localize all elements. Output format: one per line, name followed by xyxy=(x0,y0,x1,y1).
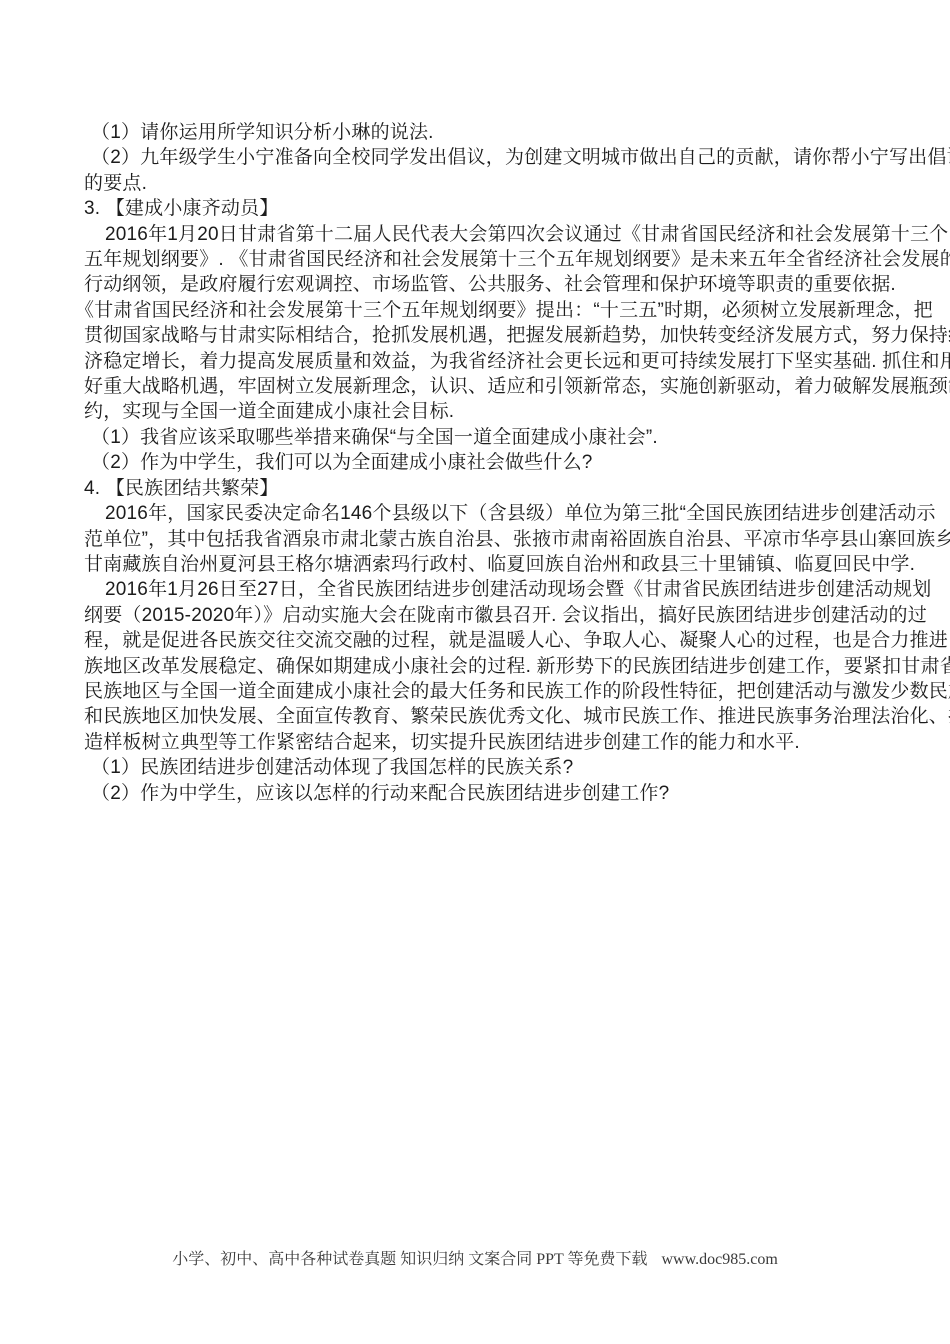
text-line: 造样板树立典型等工作紧密结合起来，切实提升民族团结进步创建工作的能力和水平. xyxy=(84,730,896,755)
text-line: 程，就是促进各民族交往交流交融的过程，就是温暖人心、争取人心、凝聚人心的过程，也… xyxy=(84,628,896,653)
text-line: 和民族地区加快发展、全面宣传教育、繁荣民族优秀文化、城市民族工作、推进民族事务治… xyxy=(84,704,896,729)
text-line: 范单位”，其中包括我省酒泉市肃北蒙古族自治县、张掖市肃南裕固族自治县、平凉市华亭… xyxy=(84,527,896,552)
document-text: （1）请你运用所学知识分析小琳的说法.（2）九年级学生小宁准备向全校同学发出倡议… xyxy=(84,120,896,806)
text-line: 济稳定增长，着力提高发展质量和效益，为我省经济社会更长远和更可持续发展打下坚实基… xyxy=(84,349,896,374)
footer-url[interactable]: www.doc985.com xyxy=(662,1251,778,1268)
text-line: （1）请你运用所学知识分析小琳的说法. xyxy=(84,120,896,145)
text-line: （1）民族团结进步创建活动体现了我国怎样的民族关系? xyxy=(84,755,896,780)
text-line: 3. 【建成小康齐动员】 xyxy=(84,196,896,221)
text-line: 《甘肃省国民经济和社会发展第十三个五年规划纲要》提出：“十三五”时期，必须树立发… xyxy=(75,298,896,323)
footer-text: 小学、初中、高中各种试卷真题 知识归纳 文案合同 PPT 等免费下载 xyxy=(172,1251,647,1268)
text-line: （1）我省应该采取哪些举措来确保“与全国一道全面建成小康社会”. xyxy=(84,425,896,450)
text-line: （2）九年级学生小宁准备向全校同学发出倡议，为创建文明城市做出自己的贡献，请你帮… xyxy=(84,145,896,170)
text-line: 的要点. xyxy=(84,171,896,196)
document-page: （1）请你运用所学知识分析小琳的说法.（2）九年级学生小宁准备向全校同学发出倡议… xyxy=(0,0,950,1344)
text-line: （2）作为中学生，我们可以为全面建成小康社会做些什么? xyxy=(84,450,896,475)
text-line: （2）作为中学生，应该以怎样的行动来配合民族团结进步创建工作? xyxy=(84,781,896,806)
text-line: 纲要（2015-2020年）》启动实施大会在陇南市徽县召开. 会议指出，搞好民族… xyxy=(84,603,896,628)
text-line: 约，实现与全国一道全面建成小康社会目标. xyxy=(84,399,896,424)
text-line: 2016年1月20日甘肃省第十二届人民代表大会第四次会议通过《甘肃省国民经济和社… xyxy=(84,222,896,247)
page-footer: 小学、初中、高中各种试卷真题 知识归纳 文案合同 PPT 等免费下载www.do… xyxy=(0,1246,950,1269)
text-line: 民族地区与全国一道全面建成小康社会的最大任务和民族工作的阶段性特征，把创建活动与… xyxy=(84,679,896,704)
text-line: 五年规划纲要》. 《甘肃省国民经济和社会发展第十三个五年规划纲要》是未来五年全省… xyxy=(84,247,896,272)
text-line: 2016年，国家民委决定命名146个县级以下（含县级）单位为第三批“全国民族团结… xyxy=(84,501,896,526)
text-line: 行动纲领，是政府履行宏观调控、市场监管、公共服务、社会管理和保护环境等职责的重要… xyxy=(84,272,896,297)
text-line: 好重大战略机遇，牢固树立发展新理念，认识、适应和引领新常态，实施创新驱动，着力破… xyxy=(84,374,896,399)
text-line: 贯彻国家战略与甘肃实际相结合，抢抓发展机遇，把握发展新趋势，加快转变经济发展方式… xyxy=(84,323,896,348)
text-line: 族地区改革发展稳定、确保如期建成小康社会的过程. 新形势下的民族团结进步创建工作… xyxy=(84,654,896,679)
text-line: 甘南藏族自治州夏河县王格尔塘洒索玛行政村、临夏回族自治州和政县三十里铺镇、临夏回… xyxy=(84,552,896,577)
text-line: 4. 【民族团结共繁荣】 xyxy=(84,476,896,501)
text-line: 2016年1月26日至27日，全省民族团结进步创建活动现场会暨《甘肃省民族团结进… xyxy=(84,577,896,602)
